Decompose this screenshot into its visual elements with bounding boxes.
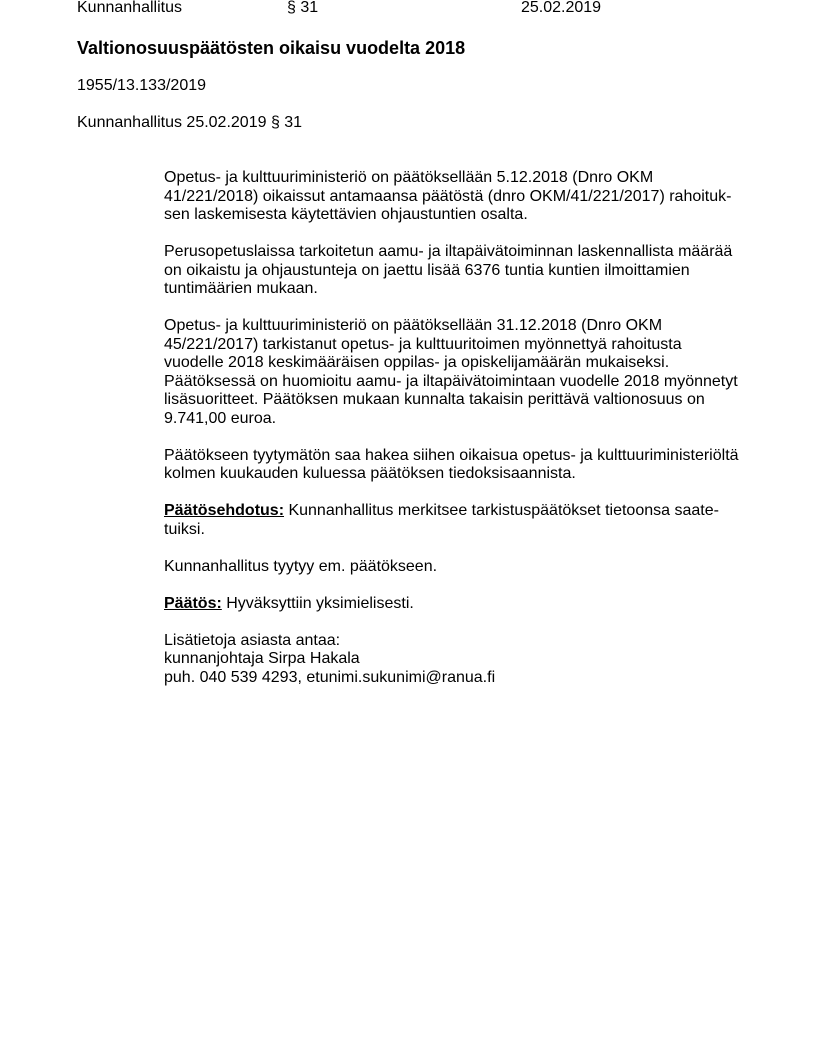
board-statement: Kunnanhallitus tyytyy em. päätökseen. — [164, 558, 754, 577]
text-line: tuntimäärien mukaan. — [164, 280, 754, 299]
text-line: Päätöksessä on huomioitu aamu- ja iltapä… — [164, 373, 754, 392]
paragraph-appeal-notice: Päätökseen tyytymätön saa hakea siihen o… — [164, 447, 754, 484]
contact-person: kunnanjohtaja Sirpa Hakala — [164, 650, 754, 669]
text-line: on oikaistu ja ohjaustunteja on jaettu l… — [164, 262, 754, 281]
document-body: Opetus- ja kulttuuriministeriö on päätök… — [164, 169, 754, 706]
text-line: Opetus- ja kulttuuriministeriö on päätök… — [164, 169, 754, 188]
paragraph-funding-revision: Opetus- ja kulttuuriministeriö on päätök… — [164, 317, 754, 428]
document-header: Kunnanhallitus § 31 25.02.2019 — [77, 0, 617, 18]
text-line: Päätös: Hyväksyttiin yksimielisesti. — [164, 595, 754, 614]
contact-info: Lisätietoja asiasta antaa: kunnanjohtaja… — [164, 632, 754, 688]
text-line: 41/221/2018) oikaissut antamaansa päätös… — [164, 188, 754, 207]
proposal-text: Kunnanhallitus merkitsee tarkistuspäätök… — [284, 502, 719, 519]
text-line: sen laskemisesta käytettävien ohjaustunt… — [164, 206, 754, 225]
text-line: Kunnanhallitus tyytyy em. päätökseen. — [164, 558, 754, 577]
contact-phone-email: puh. 040 539 4293, etunimi.sukunimi@ranu… — [164, 669, 754, 688]
text-line: lisäsuoritteet. Päätöksen mukaan kunnalt… — [164, 391, 754, 410]
text-line: Opetus- ja kulttuuriministeriö on päätök… — [164, 317, 754, 336]
decision-text: Hyväksyttiin yksimielisesti. — [222, 595, 414, 612]
meeting-reference: Kunnanhallitus 25.02.2019 § 31 — [77, 113, 302, 133]
text-line: Perusopetuslaissa tarkoitetun aamu- ja i… — [164, 243, 754, 262]
document-title: Valtionosuuspäätösten oikaisu vuodelta 2… — [77, 37, 465, 59]
paragraph-afternoon-activities: Perusopetuslaissa tarkoitetun aamu- ja i… — [164, 243, 754, 299]
text-line: 9.741,00 euroa. — [164, 410, 754, 429]
contact-intro: Lisätietoja asiasta antaa: — [164, 632, 754, 651]
header-body-name: Kunnanhallitus — [77, 0, 182, 18]
decision: Päätös: Hyväksyttiin yksimielisesti. — [164, 595, 754, 614]
decision-label: Päätös: — [164, 595, 222, 612]
header-section-number: § 31 — [287, 0, 318, 18]
proposal-label: Päätösehdotus: — [164, 502, 284, 519]
paragraph-correction-decision: Opetus- ja kulttuuriministeriö on päätök… — [164, 169, 754, 225]
text-line: kolmen kuukauden kuluessa päätöksen tied… — [164, 465, 754, 484]
header-date: 25.02.2019 — [521, 0, 601, 18]
text-line: 45/221/2017) tarkistanut opetus- ja kult… — [164, 336, 754, 355]
text-line: Päätökseen tyytymätön saa hakea siihen o… — [164, 447, 754, 466]
text-line: Päätösehdotus: Kunnanhallitus merkitsee … — [164, 502, 754, 521]
text-line: vuodelle 2018 keskimääräisen oppilas- ja… — [164, 354, 754, 373]
document-number: 1955/13.133/2019 — [77, 76, 206, 96]
proposal-text-continued: tuiksi. — [164, 521, 754, 540]
decision-proposal: Päätösehdotus: Kunnanhallitus merkitsee … — [164, 502, 754, 539]
